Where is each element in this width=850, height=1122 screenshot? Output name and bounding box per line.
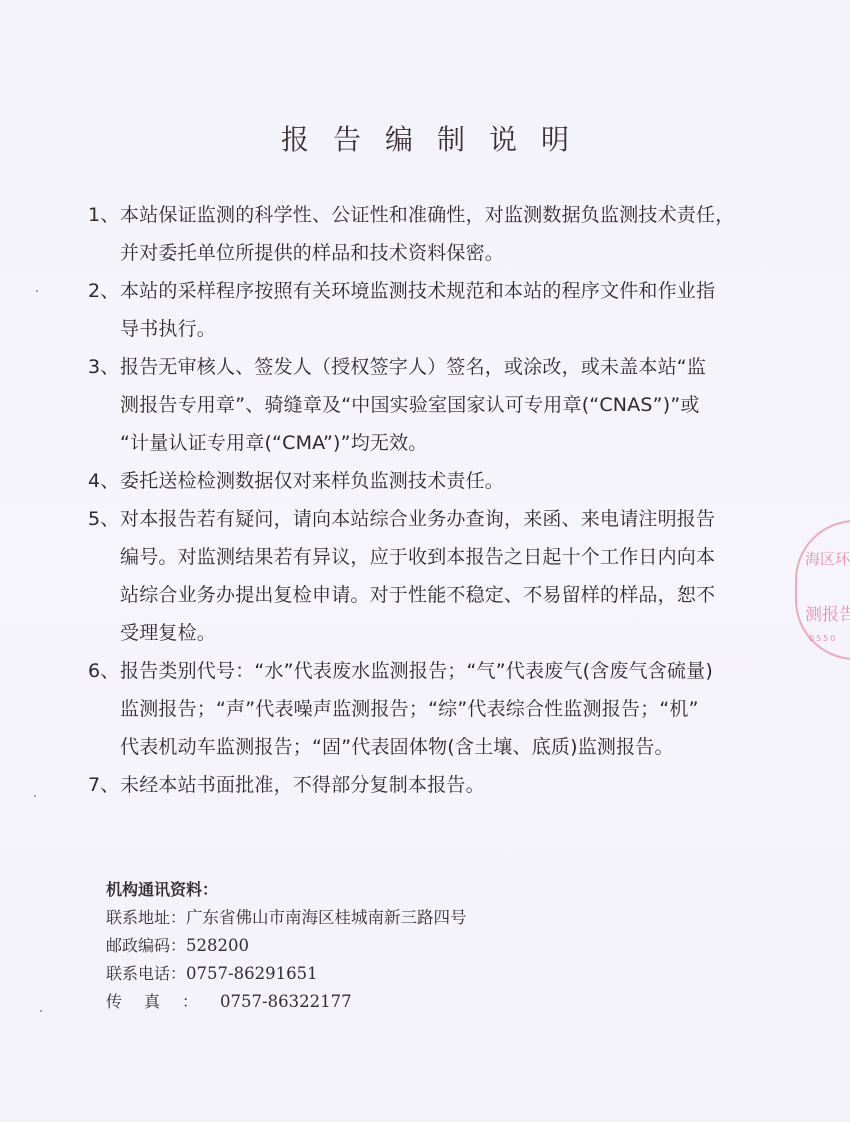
stamp-text: 测报告 <box>805 600 850 625</box>
contact-label: 联系电话： <box>106 960 186 988</box>
note-line: 报告类别代号：“水”代表废水监测报告；“气”代表废气(含废气含硫量) <box>120 652 788 690</box>
note-number: 6、 <box>88 652 120 690</box>
stamp-text: 0550 <box>809 634 837 643</box>
contact-label: 联系地址： <box>106 904 186 932</box>
note-line: 编号。对监测结果若有异议，应于收到本报告之日起十个工作日内向本 <box>120 538 788 576</box>
note-line: 导书执行。 <box>120 310 788 348</box>
contact-info: 机构通讯资料： 联系地址： 广东省佛山市南海区桂城南新三路四号 邮政编码： 52… <box>106 876 467 1016</box>
document-title: 报告编制说明 <box>0 118 850 158</box>
note-line: 并对委托单位所提供的样品和技术资料保密。 <box>120 234 788 272</box>
scan-speck <box>40 1010 42 1012</box>
contact-row-fax: 传真： 0757-86322177 <box>106 988 467 1016</box>
note-line: “计量认证专用章(“CMA”)”均无效。 <box>120 424 788 462</box>
note-number: 5、 <box>88 500 120 538</box>
scan-speck <box>34 795 36 797</box>
notes-list: 1、 本站保证监测的科学性、公证性和准确性，对监测数据负监测技术责任， 并对委托… <box>88 196 788 804</box>
contact-value: 广东省佛山市南海区桂城南新三路四号 <box>186 904 467 932</box>
contact-label: 邮政编码： <box>106 932 186 960</box>
contact-row-phone: 联系电话： 0757-86291651 <box>106 960 467 988</box>
note-number: 7、 <box>88 766 120 804</box>
contact-value: 0757-86322177 <box>220 988 352 1016</box>
contact-row-postcode: 邮政编码： 528200 <box>106 932 467 960</box>
note-number: 4、 <box>88 462 120 500</box>
note-line: 监测报告；“声”代表噪声监测报告；“综”代表综合性监测报告；“机” <box>120 690 788 728</box>
note-item-2: 2、 本站的采样程序按照有关环境监测技术规范和本站的程序文件和作业指 导书执行。 <box>88 272 788 348</box>
note-line: 站综合业务办提出复检申请。对于性能不稳定、不易留样的样品，恕不 <box>120 576 788 614</box>
note-item-1: 1、 本站保证监测的科学性、公证性和准确性，对监测数据负监测技术责任， 并对委托… <box>88 196 788 272</box>
note-line: 本站保证监测的科学性、公证性和准确性，对监测数据负监测技术责任， <box>120 196 788 234</box>
note-item-5: 5、 对本报告若有疑问，请向本站综合业务办查询，来函、来电请注明报告 编号。对监… <box>88 500 788 652</box>
note-line: 测报告专用章”、骑缝章及“中国实验室国家认可专用章(“CNAS”)”或 <box>120 386 788 424</box>
contact-heading: 机构通讯资料： <box>106 876 467 904</box>
note-number: 1、 <box>88 196 120 234</box>
note-line: 受理复检。 <box>120 614 788 652</box>
contact-label: 传真： <box>106 988 220 1016</box>
note-number: 2、 <box>88 272 120 310</box>
note-line: 代表机动车监测报告；“固”代表固体物(含土壤、底质)监测报告。 <box>120 728 788 766</box>
note-line: 报告无审核人、签发人（授权签字人）签名，或涂改，或未盖本站“监 <box>120 348 788 386</box>
note-number: 3、 <box>88 348 120 386</box>
contact-value: 528200 <box>186 932 249 960</box>
note-item-7: 7、 未经本站书面批准，不得部分复制本报告。 <box>88 766 788 804</box>
seal-stamp-icon: 海区环 测报告 0550 <box>795 520 850 660</box>
note-line: 未经本站书面批准，不得部分复制本报告。 <box>120 766 788 804</box>
stamp-text: 海区环 <box>805 548 850 569</box>
note-item-3: 3、 报告无审核人、签发人（授权签字人）签名，或涂改，或未盖本站“监 测报告专用… <box>88 348 788 462</box>
note-line: 委托送检检测数据仅对来样负监测技术责任。 <box>120 462 788 500</box>
note-line: 本站的采样程序按照有关环境监测技术规范和本站的程序文件和作业指 <box>120 272 788 310</box>
note-item-6: 6、 报告类别代号：“水”代表废水监测报告；“气”代表废气(含废气含硫量) 监测… <box>88 652 788 766</box>
contact-value: 0757-86291651 <box>186 960 318 988</box>
contact-row-address: 联系地址： 广东省佛山市南海区桂城南新三路四号 <box>106 904 467 932</box>
scan-speck <box>36 290 38 292</box>
note-item-4: 4、 委托送检检测数据仅对来样负监测技术责任。 <box>88 462 788 500</box>
note-line: 对本报告若有疑问，请向本站综合业务办查询，来函、来电请注明报告 <box>120 500 788 538</box>
document-page: 报告编制说明 1、 本站保证监测的科学性、公证性和准确性，对监测数据负监测技术责… <box>0 0 850 1122</box>
